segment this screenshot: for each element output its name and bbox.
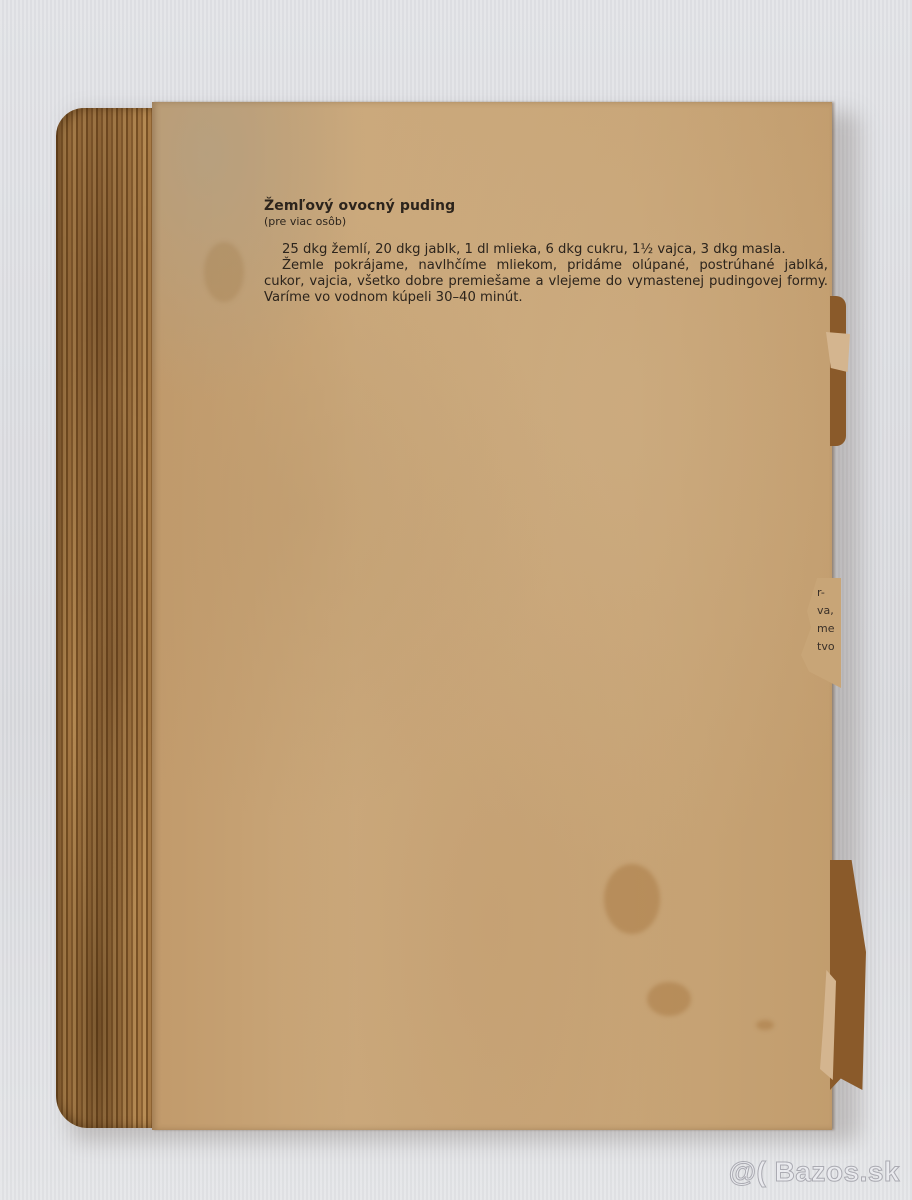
fragment-line: va, [817,602,841,620]
stain [756,1020,774,1030]
stain [647,982,691,1016]
recipe-body: 25 dkg žemlí, 20 dkg jablk, 1 dl mlieka,… [264,242,828,306]
fragment-line: tvo [817,638,841,656]
book: r- va, me tvo Žemľový ovocný puding (pre… [56,100,846,1130]
recipe-title: Žemľový ovocný puding [264,198,828,214]
recipe-subtitle: (pre viac osôb) [264,215,828,228]
watermark: @( Bazos.sk [729,1156,900,1188]
recipe-method: Žemle pokrájame, navlhčíme mliekom, prid… [264,258,828,306]
fragment-line: me [817,620,841,638]
torn-edge [830,860,866,1090]
fragment-line: r- [817,584,841,602]
stain [204,242,244,302]
recipe-ingredients: 25 dkg žemlí, 20 dkg jablk, 1 dl mlieka,… [264,242,828,258]
recipe: Žemľový ovocný puding (pre viac osôb) 25… [264,198,828,306]
stain [604,864,660,934]
